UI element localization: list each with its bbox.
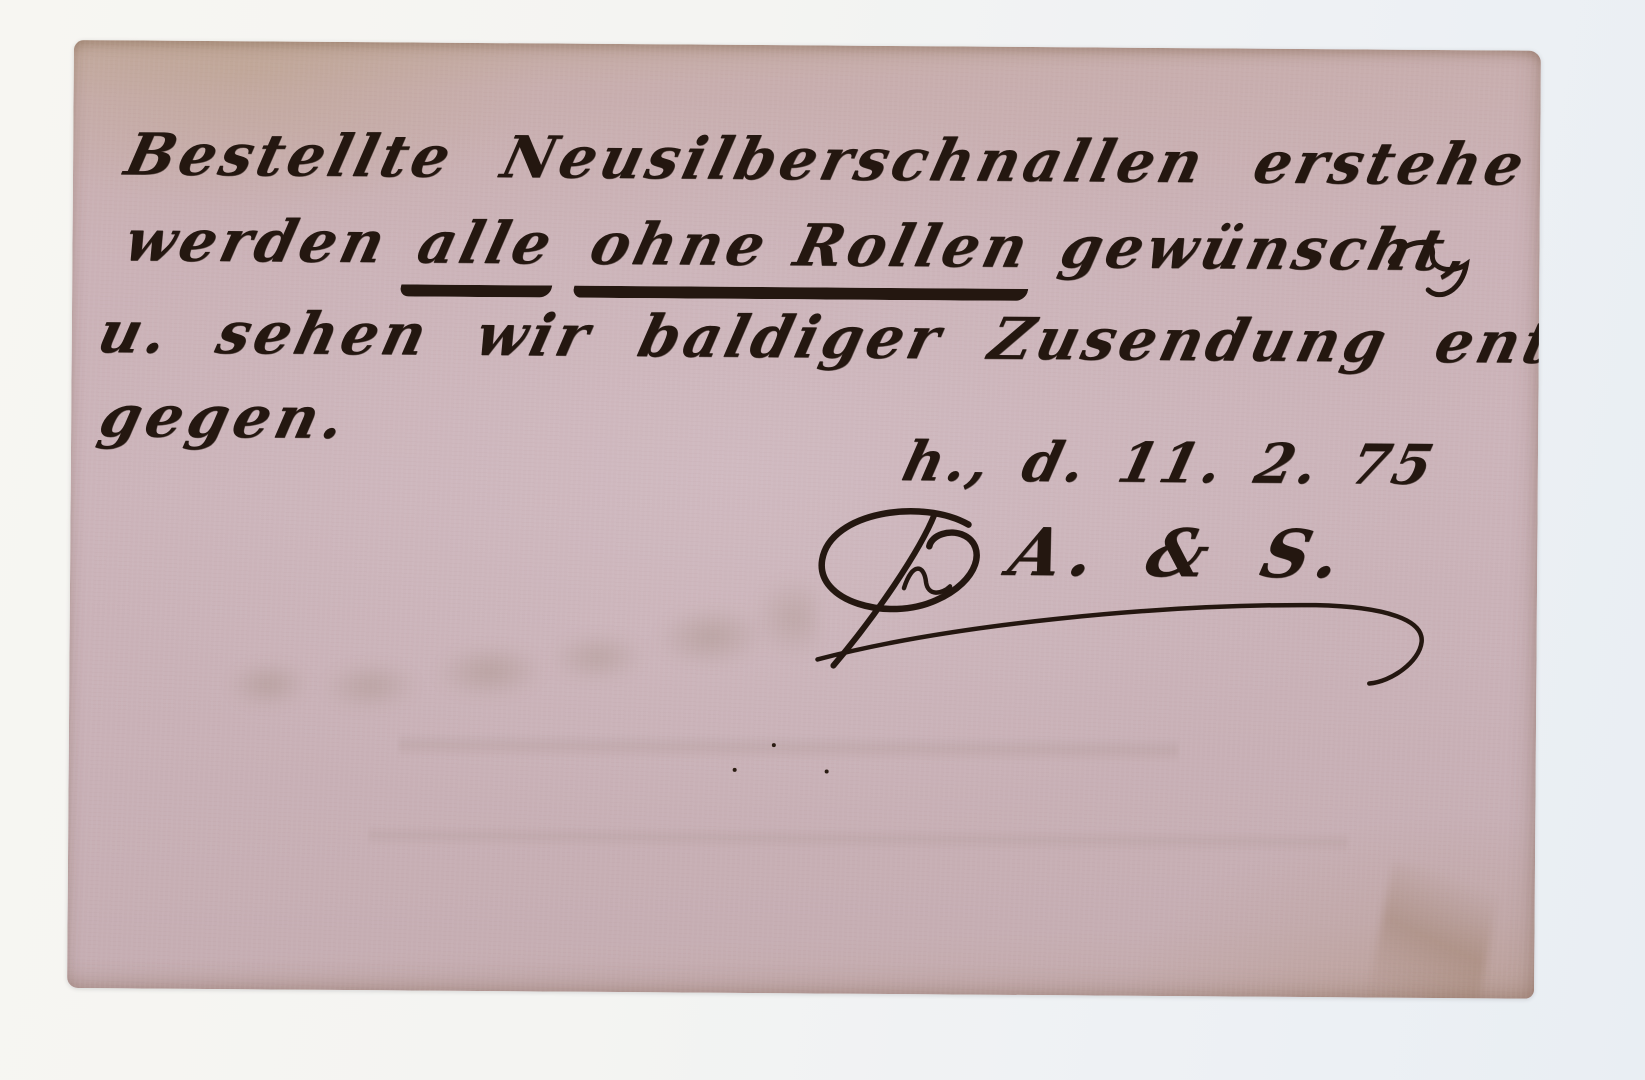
ink-speck — [733, 768, 737, 772]
handwriting-line-3: u. sehen wir baldiger Zusendung ent= — [92, 298, 1541, 377]
handwriting-line-2: werdenalleohne Rollengewünscht, — [118, 206, 1479, 284]
line2-plain-after: gewünscht, — [1054, 213, 1479, 284]
underlined-word-alle: alle — [399, 209, 571, 298]
ink-speck — [772, 743, 776, 747]
paper-crease — [399, 732, 1179, 764]
handwriting-line-1: Bestellte Neusilberschnallen erstehe — [119, 120, 1534, 198]
line2-plain-before: werden — [118, 206, 395, 276]
dateline: h., d. 11. 2. 75 — [897, 428, 1443, 497]
ink-speck — [825, 770, 829, 774]
bottom-right-stain — [1364, 861, 1501, 998]
handwriting-line-4: gegen. — [93, 382, 356, 452]
ink-bleedthrough-smudge — [216, 570, 822, 752]
postcard-scan: Bestellte Neusilberschnallen erstehe wer… — [67, 40, 1541, 999]
underlined-phrase-ohne-rollen: ohne Rollen — [571, 210, 1046, 301]
paper-crease — [368, 824, 1348, 853]
signature-initials: A. & S. — [1002, 513, 1357, 593]
